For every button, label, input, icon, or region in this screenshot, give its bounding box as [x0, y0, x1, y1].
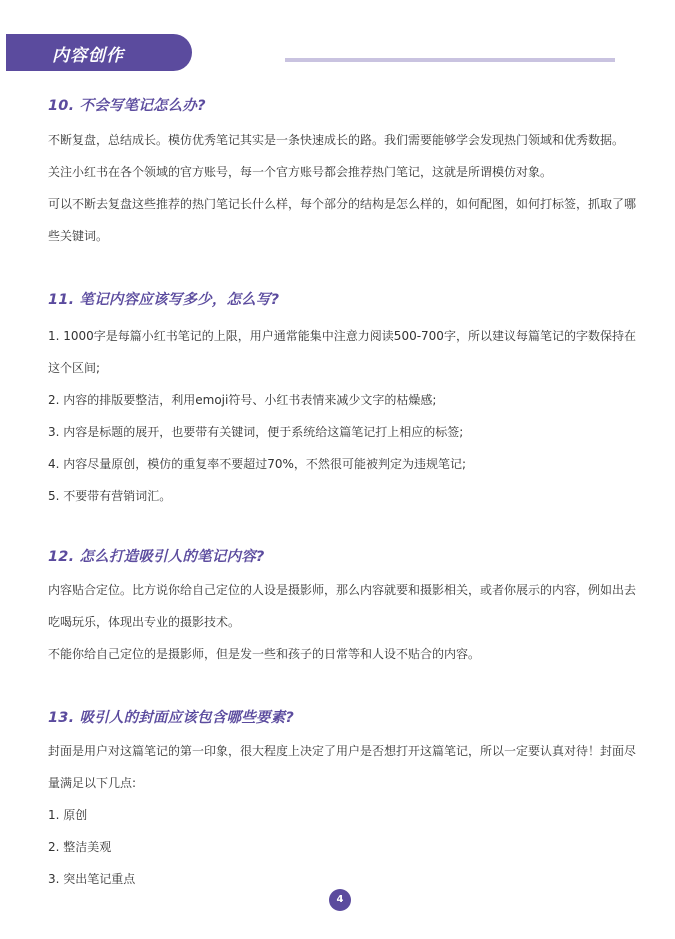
list-item: 2. 整洁美观	[48, 831, 638, 863]
paragraph: 不能你给自己定位的是摄影师，但是发一些和孩子的日常等和人设不贴合的内容。	[48, 638, 638, 670]
paragraph: 关注小红书在各个领域的官方账号，每一个官方账号都会推荐热门笔记，这就是所谓模仿对…	[48, 156, 638, 188]
paragraph: 内容贴合定位。比方说你给自己定位的人设是摄影师，那么内容就要和摄影相关，或者你展…	[48, 574, 638, 638]
list-item: 5. 不要带有营销词汇。	[48, 480, 638, 512]
header-divider-line	[285, 58, 615, 62]
list-item: 4. 内容尽量原创，模仿的重复率不要超过70%，不然很可能被判定为违规笔记;	[48, 448, 638, 480]
paragraph: 可以不断去复盘这些推荐的热门笔记长什么样，每个部分的结构是怎么样的，如何配图，如…	[48, 188, 638, 252]
list-item: 1. 原创	[48, 799, 638, 831]
section-title-12: 12. 怎么打造吸引人的笔记内容?	[48, 545, 265, 566]
list-item: 3. 内容是标题的展开，也要带有关键词，便于系统给这篇笔记打上相应的标签;	[48, 416, 638, 448]
section-header-title: 内容创作	[52, 41, 124, 66]
paragraph: 不断复盘，总结成长。模仿优秀笔记其实是一条快速成长的路。我们需要能够学会发现热门…	[48, 124, 638, 156]
section-title-13: 13. 吸引人的封面应该包含哪些要素?	[48, 706, 294, 727]
list-item: 2. 内容的排版要整洁，利用emoji符号、小红书表情来减少文字的枯燥感;	[48, 384, 638, 416]
page-number-badge: 4	[329, 889, 351, 911]
section-title-11: 11. 笔记内容应该写多少，怎么写?	[48, 288, 279, 309]
paragraph: 封面是用户对这篇笔记的第一印象，很大程度上决定了用户是否想打开这篇笔记，所以一定…	[48, 735, 638, 799]
list-item: 1. 1000字是每篇小红书笔记的上限，用户通常能集中注意力阅读500-700字…	[48, 320, 638, 384]
section-title-10: 10. 不会写笔记怎么办?	[48, 94, 206, 115]
section-header-tab: 内容创作	[6, 34, 192, 71]
